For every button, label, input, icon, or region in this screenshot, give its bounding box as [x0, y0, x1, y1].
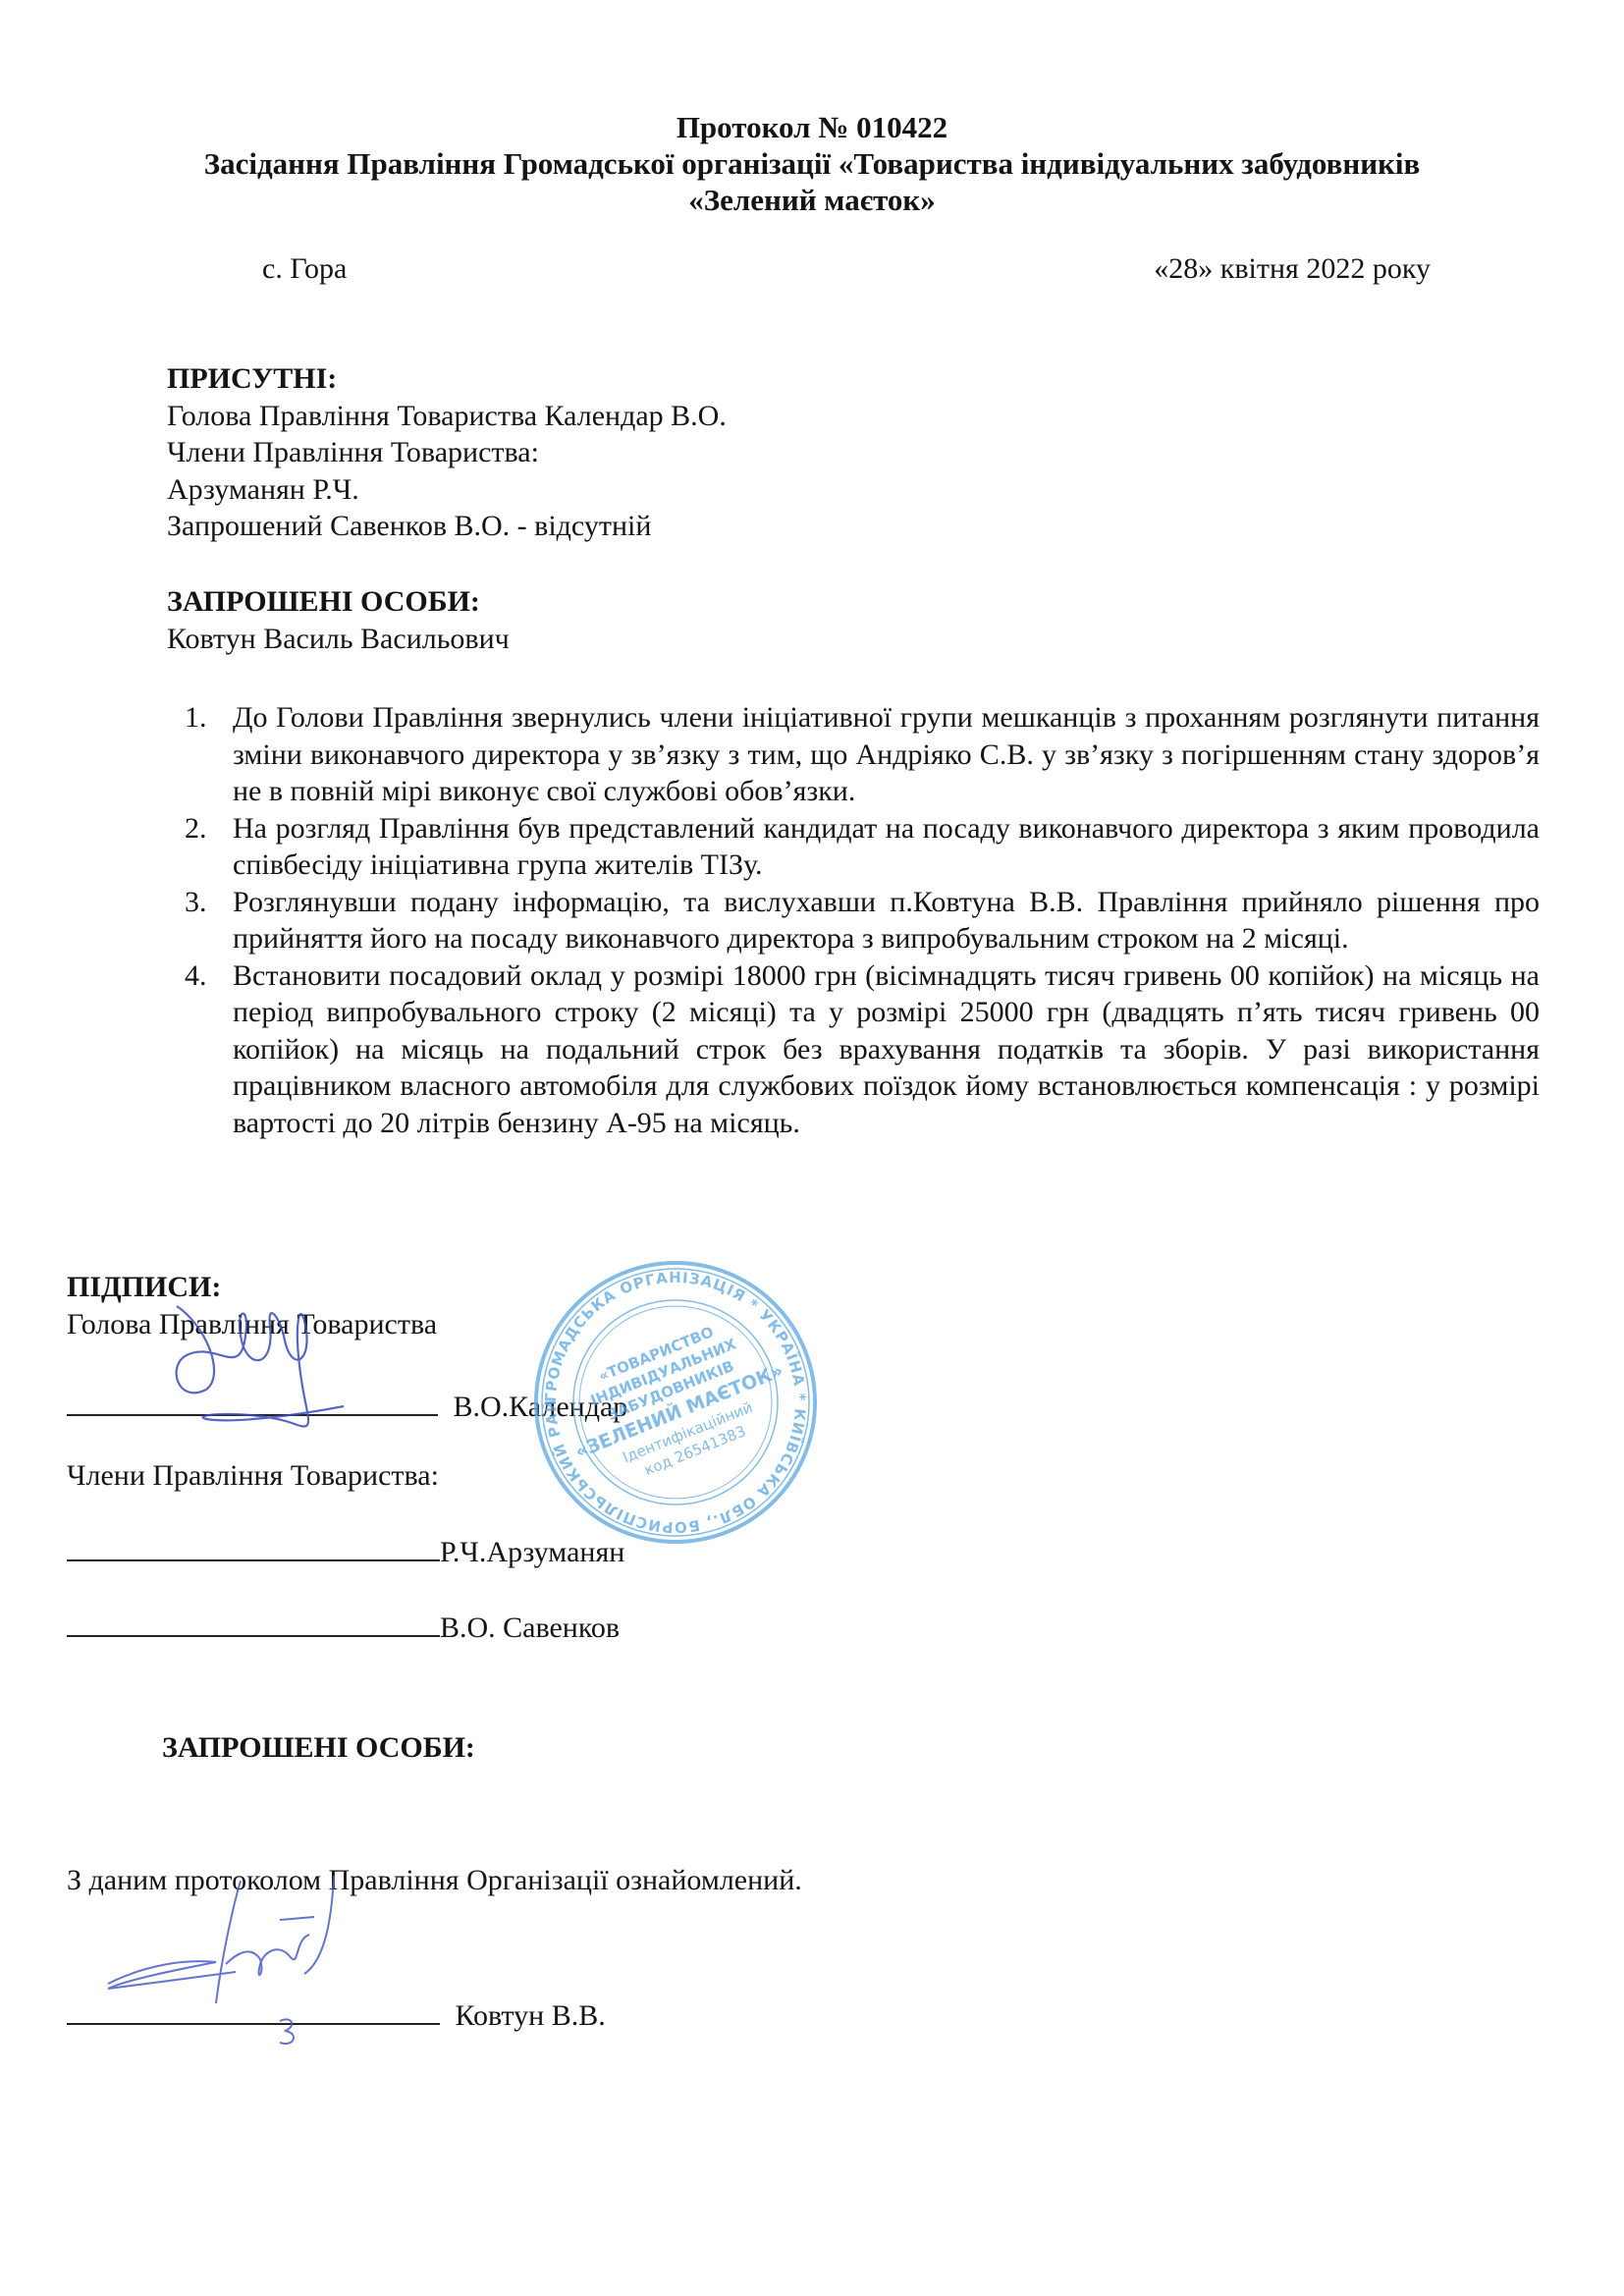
present-line: Запрошений Савенков В.О. - відсутній — [167, 508, 727, 545]
item-text: На розгляд Правління був представлений к… — [233, 810, 1540, 884]
meeting-place: с. Гора — [262, 250, 347, 288]
present-line: Арзуманян Р.Ч. — [167, 471, 727, 509]
protocol-number: Протокол № 010422 — [0, 109, 1624, 145]
present-section: ПРИСУТНІ: Голова Правління Товариства Ка… — [167, 360, 727, 545]
invited-line: Ковтун Василь Васильович — [167, 621, 510, 658]
list-item: 1. До Голови Правління звернулись члени … — [185, 699, 1540, 810]
item-number: 3. — [185, 884, 207, 921]
present-line: Члени Правління Товариства: — [167, 434, 727, 471]
signature-underline — [67, 1558, 440, 1561]
official-stamp-icon: ГРОМАДСЬКА ОРГАНІЗАЦІЯ * УКРАЇНА * КИЇВС… — [532, 1259, 819, 1546]
list-item: 2. На розгляд Правління був представлени… — [185, 810, 1540, 884]
member2-name: В.О. Савенков — [440, 1612, 620, 1644]
organization-name: «Зелений маєток» — [0, 182, 1624, 218]
item-number: 2. — [185, 810, 207, 847]
list-item: 3. Розглянувши подану інформацію, та вис… — [185, 884, 1540, 957]
invited-name: Ковтун В.В. — [456, 1999, 606, 2032]
item-number: 1. — [185, 699, 207, 737]
item-text: Розглянувши подану інформацію, та вислух… — [233, 884, 1540, 957]
invited-heading: ЗАПРОШЕНІ ОСОБИ: — [167, 583, 510, 621]
present-line: Голова Правління Товариства Календар В.О… — [167, 398, 727, 435]
member2-signature-line: В.О. Савенков — [67, 1610, 620, 1647]
present-heading: ПРИСУТНІ: — [167, 360, 727, 398]
members-label: Члени Правління Товариства: — [67, 1457, 439, 1495]
chair-signature-icon — [147, 1296, 344, 1444]
invited-signature-heading: ЗАПРОШЕНІ ОСОБИ: — [162, 1729, 475, 1767]
item-text: Встановити посадовий оклад у розмірі 180… — [233, 957, 1540, 1142]
meeting-title: Засідання Правління Громадської організа… — [0, 145, 1624, 182]
document-title: Протокол № 010422 Засідання Правління Гр… — [0, 109, 1624, 218]
invited-signature-icon — [69, 1846, 383, 2052]
item-number: 4. — [185, 957, 207, 995]
decision-list: 1. До Голови Правління звернулись члени … — [185, 699, 1540, 1141]
invited-section: ЗАПРОШЕНІ ОСОБИ: Ковтун Василь Васильови… — [167, 583, 510, 657]
meeting-date: «28» квітня 2022 року — [1154, 250, 1431, 288]
signature-underline — [67, 1634, 440, 1637]
list-item: 4. Встановити посадовий оклад у розмірі … — [185, 957, 1540, 1142]
item-text: До Голови Правління звернулись члени іні… — [233, 699, 1540, 810]
